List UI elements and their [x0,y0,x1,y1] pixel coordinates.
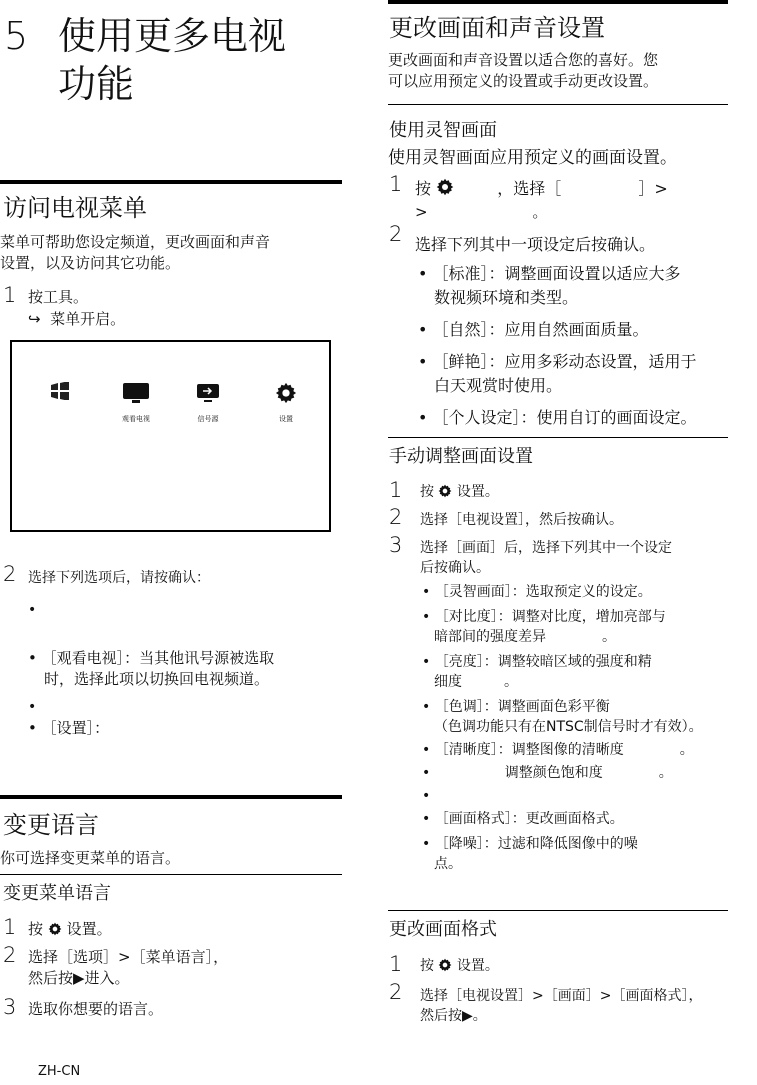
section-intro: 你可选择变更菜单的语言。 [0,848,180,869]
step-text: 选择下列其中一项设定后按确认。 [415,234,655,255]
menu-item-watch-tv: 观看电视 [106,382,166,424]
menu-item-label: 信号源 [178,414,238,424]
section-divider [388,0,728,4]
step-text-part: 设置。 [457,958,499,974]
step-text-part: ，选择［ [497,179,561,198]
bullet-text: ［设置］： [42,719,110,737]
step-number: 3 [3,995,16,1019]
subsection-divider [388,437,728,438]
step-text: 选择［画面］后，选择下列其中一个设定 后按确认。 [420,538,672,578]
step-text: 按 设置。 [420,482,499,502]
bullet-text: 白天观赏时使用。 [418,374,697,398]
section-title-tv-menu: 访问电视菜单 [3,188,147,223]
bullet-text: ［标准］：调整画面设置以适应大多 [433,264,681,283]
step-text-part: 然后按▶进入。 [28,968,228,989]
step-number: 1 [389,478,402,502]
option-bullet: • [28,697,36,717]
bullet-text: 时，选择此项以切换回电视频道。 [28,669,274,690]
step-number: 2 [389,505,402,529]
tv-icon [121,382,151,404]
step-text-part: 。 [532,203,547,221]
section-title-language: 变更语言 [3,805,99,840]
subsection-divider [0,874,342,875]
bullet-text: ［清晰度］：调整图像的清晰度 。 [435,742,694,758]
step-text-part: 选择［画面］后，选择下列其中一个设定 [420,538,672,558]
subsection-title: 变更菜单语言 [3,879,111,905]
section-title-picture-sound: 更改画面和声音设置 [389,8,605,43]
step-text: 选择下列选项后，请按确认： [28,568,210,588]
step-text-part: 后按确认。 [420,558,672,578]
step-text-part: 按 [420,958,434,974]
subsection-divider [388,910,728,911]
bullet-text: ［画面格式］：更改画面格式。 [435,811,624,827]
step-text-part: 选择［电视设置］>［画面］>［画面格式］， [420,986,702,1006]
gear-icon [275,382,297,404]
intro-line: 菜单可帮助您设定频道，更改画面和声音 [0,232,270,253]
step-text: 选取你想要的语言。 [28,999,163,1020]
step-number: 2 [389,222,402,246]
step-number: 1 [3,915,16,939]
chapter-title-line1: 使用更多电视 [58,12,338,60]
subsection-divider [388,104,728,105]
menu-item-settings: 设置 [256,382,316,424]
section-intro: 更改画面和声音设置以适合您的喜好。您 可以应用预定义的设置或手动更改设置。 [388,50,658,92]
menu-item-windows [30,382,90,404]
menu-item-source: 信号源 [178,382,238,424]
bullet-text: ［降噪］：过滤和降低图像中的噪 [435,836,638,852]
step-text-part: 选择［选项］>［菜单语言］， [28,947,228,968]
option-watch-tv: • ［观看电视］：当其他讯号源被选取 时，选择此项以切换回电视频道。 [28,648,274,690]
subsection-title-format: 更改画面格式 [389,915,497,941]
step-text-part: > [415,203,428,221]
bullet-text: ［观看电视］：当其他讯号源被选取 [42,649,275,667]
step-text-part: 按 [415,179,431,198]
option-vivid: • ［鲜艳］：应用多彩动态设置，适用于 [418,350,697,374]
source-icon [195,382,221,404]
bullet-text: （色调功能只有在NTSC制信号时才有效）。 [422,717,703,737]
section-divider [0,180,342,184]
step-number: 3 [389,533,402,557]
step-text: 按 设置。 [28,919,112,940]
step-text: 按 设置。 [420,956,499,976]
step-text: 选择［电视设置］>［画面］>［画面格式］， 然后按▶。 [420,986,702,1026]
step-text-part: 设置。 [67,920,112,938]
option-settings: • ［设置］： [28,718,109,739]
smart-picture-options: • ［标准］：调整画面设置以适应大多 数视频环境和类型。 • ［自然］：应用自然… [418,262,697,430]
chapter-title: 使用更多电视 功能 [58,12,338,108]
bullet-text: 数视频环境和类型。 [418,286,697,310]
result-text: 菜单开启。 [50,310,125,328]
option-bullet: • [28,600,36,620]
section-divider [0,795,342,799]
bullet-text: 点。 [422,854,703,874]
intro-line: 设置，以及访问其它功能。 [0,253,270,274]
gear-icon [438,484,452,498]
step-result: ↪ 菜单开启。 [28,309,125,330]
step-number: 2 [3,562,16,586]
subsection-title-smart-picture: 使用灵智画面 [389,116,497,142]
bullet-text: 调整颜色饱和度 。 [435,765,673,781]
bullet-text: ［鲜艳］：应用多彩动态设置，适用于 [433,352,697,371]
step-number: 2 [3,943,16,967]
option-standard: • ［标准］：调整画面设置以适应大多 [418,262,697,286]
step-text-part: 按 [28,920,43,938]
chapter-title-line2: 功能 [58,60,338,108]
step-text-cont: > 。 [415,202,547,223]
step-number: 1 [389,952,402,976]
step-text-part: 设置。 [457,484,499,500]
page-footer-lang: ZH-CN [38,1064,80,1079]
gear-icon [438,958,452,972]
bullet-text: 细度 。 [422,672,703,692]
gear-icon [436,178,454,196]
bullet-text: ［对比度］：调整对比度，增加亮部与 [435,609,666,625]
step-text: 选择［电视设置］，然后按确认。 [420,510,623,530]
step-text-part: ］> [638,179,667,198]
intro-line: 更改画面和声音设置以适合您的喜好。您 [388,50,658,71]
step-text-part: 按 [420,484,434,500]
intro-line: 可以应用预定义的设置或手动更改设置。 [388,71,658,92]
step-number: 2 [389,980,402,1004]
manual-picture-options: • ［灵智画面］：选取预定义的设定。 • ［对比度］：调整对比度，增加亮部与 暗… [422,582,703,874]
step-text: 按 ，选择［ ］> [415,178,668,199]
subsection-intro: 使用灵智画面应用预定义的画面设置。 [388,148,677,169]
menu-item-label: 观看电视 [106,414,166,424]
step-text-part: 然后按▶。 [420,1006,702,1026]
windows-icon [49,382,71,400]
bullet-text: ［自然］：应用自然画面质量。 [433,320,649,339]
tv-menu-screenshot: 观看电视 信号源 设置 [10,340,331,532]
subsection-title-manual: 手动调整画面设置 [389,442,533,468]
chapter-number: 5 [4,14,28,58]
step-number: 1 [3,283,16,307]
gear-icon [48,922,62,936]
step-text: 选择［选项］>［菜单语言］， 然后按▶进入。 [28,947,228,989]
step-text: 按工具。 [28,287,88,308]
option-natural: • ［自然］：应用自然画面质量。 [418,318,697,342]
section-intro: 菜单可帮助您设定频道，更改画面和声音 设置，以及访问其它功能。 [0,232,270,274]
bullet-text: ［亮度］：调整较暗区域的强度和精 [435,654,652,670]
result-arrow-icon: ↪ [28,310,41,328]
bullet-text: 暗部间的强度差异 。 [422,627,703,647]
menu-item-label: 设置 [256,414,316,424]
bullet-text: ［个人设定］：使用自订的画面设定。 [433,408,697,427]
bullet-text: ［灵智画面］：选取预定义的设定。 [435,584,652,600]
option-personal: • ［个人设定］：使用自订的画面设定。 [418,406,697,430]
step-number: 1 [389,172,402,196]
bullet-text: ［色调］：调整画面色彩平衡 [435,699,610,715]
